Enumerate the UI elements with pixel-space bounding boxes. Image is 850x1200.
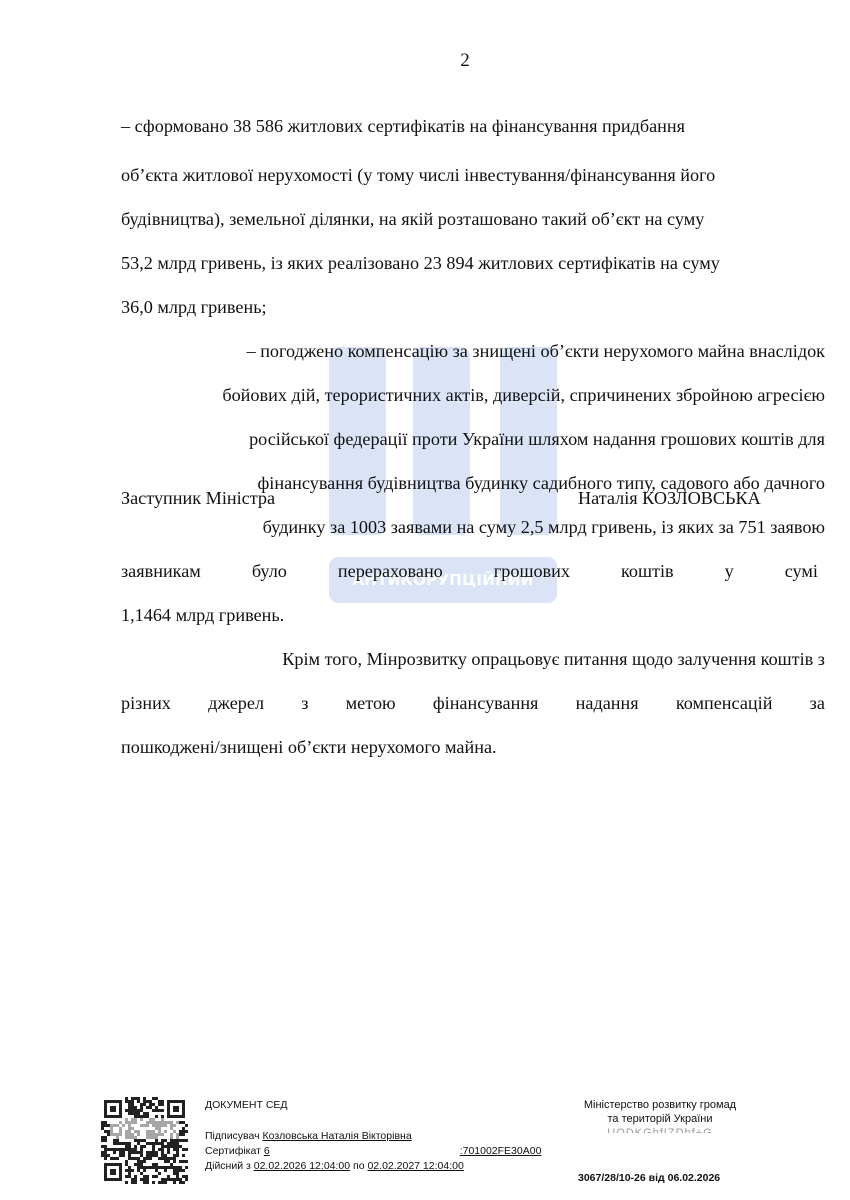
paragraph2-line: – погоджено компенсацію за знищені об’єк…: [0, 340, 825, 362]
word: компенсацій: [676, 692, 773, 714]
word: було: [252, 560, 287, 582]
paragraph2-line: бойових дій, терористичних актів, диверс…: [0, 384, 825, 406]
valid-to: 02.02.2027 12:04:00: [367, 1160, 463, 1172]
word: сумі: [785, 560, 818, 582]
certificate-prefix: 6: [264, 1145, 270, 1157]
ministry-stamp: Міністерство розвитку громад та територі…: [560, 1098, 760, 1133]
paragraph3-justified-line: різних джерел з метою фінансування надан…: [121, 692, 825, 714]
word: заявникам: [121, 560, 201, 582]
paragraph3-line: пошкоджені/знищені об’єкти нерухомого ма…: [121, 736, 850, 758]
word: різних: [121, 692, 171, 714]
certificate-label: Сертифікат: [205, 1145, 261, 1157]
word: надання: [576, 692, 639, 714]
sed-certificate: Сертифікат 6:701002FE30A00: [205, 1145, 541, 1157]
paragraph2-line: 1,1464 млрд гривень.: [121, 604, 850, 626]
word: джерел: [208, 692, 264, 714]
paragraph1-line: будівництва), земельної ділянки, на якій…: [121, 208, 850, 230]
word: з: [301, 692, 308, 714]
paragraph2-line: будинку за 1003 заявами на суму 2,5 млрд…: [0, 516, 825, 538]
sed-validity: Дійсний з 02.02.2026 12:04:00 по 02.02.2…: [205, 1160, 464, 1172]
certificate-suffix: :701002FE30A00: [460, 1145, 542, 1157]
word: у: [725, 560, 734, 582]
paragraph2-line: російської федерації проти України шляхо…: [0, 428, 825, 450]
signatory-position: Заступник Міністра: [121, 488, 275, 509]
registration-number: 3067/28/10-26 від 06.02.2026: [578, 1172, 720, 1184]
paragraph1-line: об’єкта житлової нерухомості (у тому чис…: [121, 164, 850, 186]
valid-label: Дійсний з: [205, 1160, 251, 1172]
ministry-line1: Міністерство розвитку громад: [560, 1098, 760, 1112]
word: фінансування: [433, 692, 539, 714]
paragraph1-line: 36,0 млрд гривень;: [121, 296, 850, 318]
word: перераховано: [338, 560, 443, 582]
signer-label: Підписувач: [205, 1130, 260, 1142]
paragraph1-line: – сформовано 38 586 житлових сертифікаті…: [121, 115, 850, 137]
valid-to-label: по: [353, 1160, 365, 1172]
signatory-name: Наталія КОЗЛОВСЬКА: [578, 488, 761, 509]
word: за: [810, 692, 825, 714]
valid-from: 02.02.2026 12:04:00: [254, 1160, 350, 1172]
paragraph1-line: 53,2 млрд гривень, із яких реалізовано 2…: [121, 252, 850, 274]
page-number: 2: [0, 50, 850, 72]
signer-name: Козловська Наталія Вікторівна: [263, 1130, 412, 1142]
word: метою: [346, 692, 396, 714]
word: коштів: [621, 560, 674, 582]
paragraph2-justified-line: заявникам було перераховано грошових кош…: [121, 560, 818, 582]
ministry-code: UQDKGhfIZDhf+G: [560, 1126, 760, 1133]
word: грошових: [494, 560, 570, 582]
sed-title: ДОКУМЕНТ СЕД: [205, 1099, 288, 1111]
sed-signer: Підписувач Козловська Наталія Вікторівна: [205, 1130, 412, 1142]
paragraph3-line: Крім того, Мінрозвитку опрацьовує питанн…: [0, 648, 825, 670]
ministry-line2: та територій України: [560, 1112, 760, 1126]
qr-code-icon: [101, 1096, 188, 1185]
